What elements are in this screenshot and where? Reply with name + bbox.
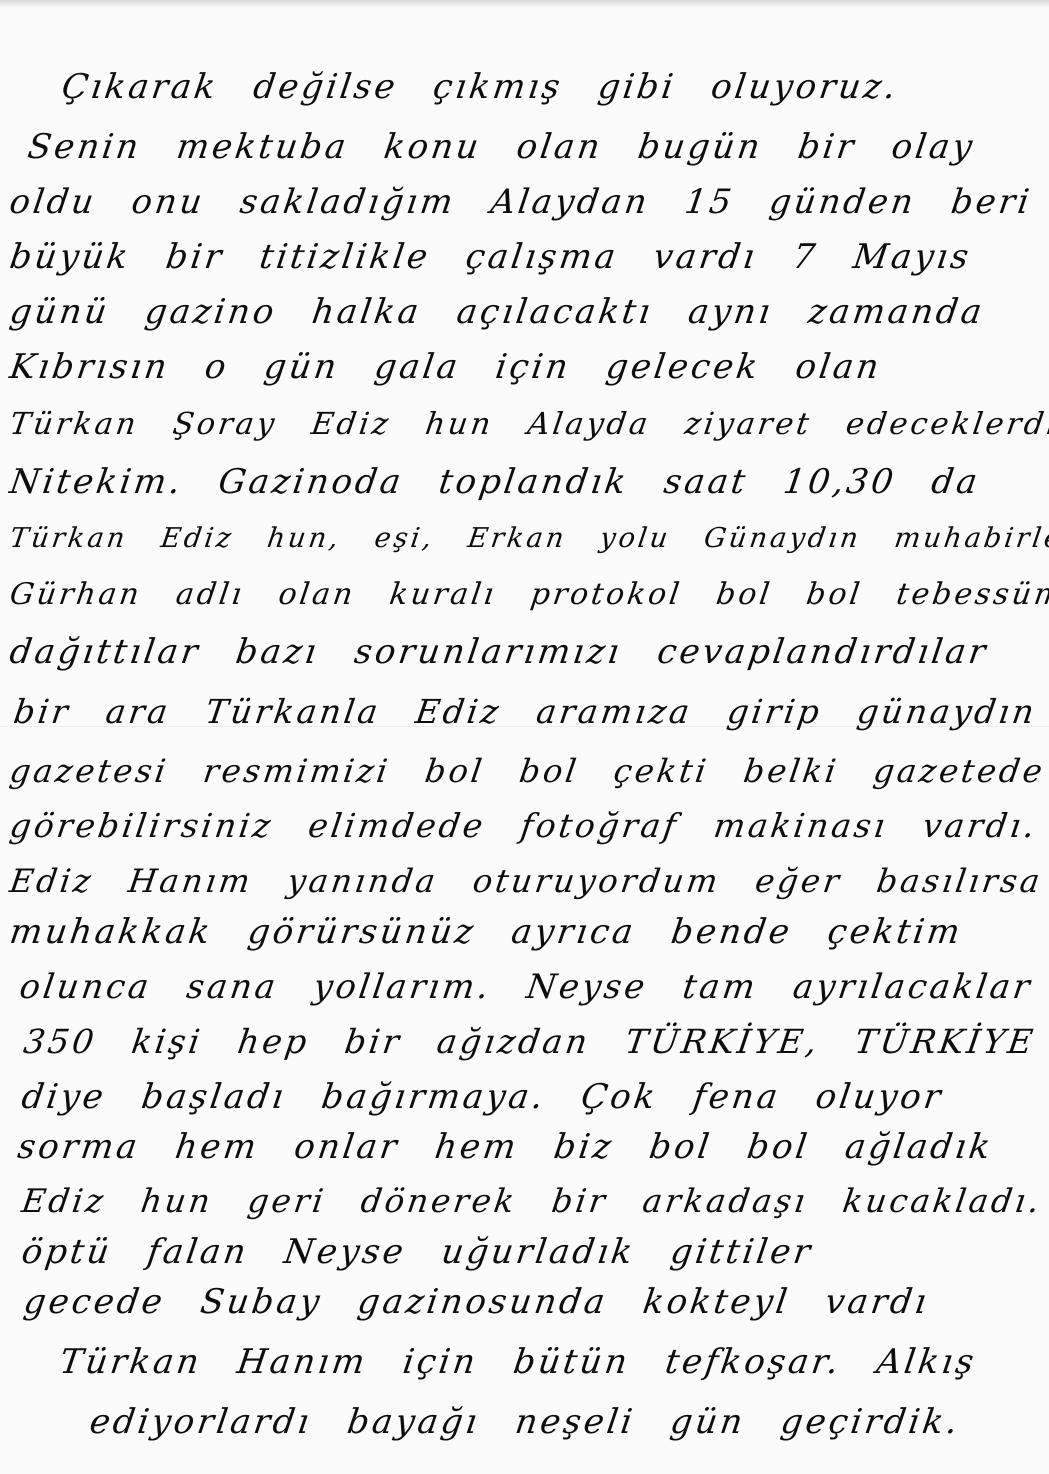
letter-line: görebilirsiniz elimdede fotoğraf makinas… xyxy=(8,810,1040,843)
letter-line: Çıkarak değilse çıkmış gibi oluyoruz. xyxy=(60,70,901,104)
letter-line: Kıbrısın o gün gala için gelecek olan xyxy=(8,350,884,384)
letter-line: Ediz Hanım yanında oturuyordum eğer bası… xyxy=(8,865,1045,897)
letter-line: ediyorlardı bayağı neşeli gün geçirdik. xyxy=(88,1405,963,1439)
letter-line: Ediz hun geri dönerek bir arkadaşı kucak… xyxy=(20,1185,1044,1217)
letter-line: gazetesi resmimizi bol bol çekti belki g… xyxy=(8,755,1047,787)
letter-line: bir ara Türkanla Ediz aramıza girip güna… xyxy=(12,695,1039,728)
letter-line: olunca sana yollarım. Neyse tam ayrılaca… xyxy=(18,970,1035,1004)
letter-line: günü gazino halka açılacaktı aynı zamand… xyxy=(8,295,987,329)
letter-line: Türkan Hanım için bütün tefkoşar. Alkış xyxy=(58,1345,979,1379)
letter-line: muhakkak görürsünüz ayrıca bende çektim xyxy=(8,915,965,949)
letter-line: 350 kişi hep bir ağızdan TÜRKİYE, TÜRKİY… xyxy=(22,1025,1038,1058)
letter-line: Türkan Şoray Ediz hun Alayda ziyaret ede… xyxy=(8,410,1049,440)
letter-line: sorma hem onlar hem biz bol bol ağladık xyxy=(16,1130,996,1164)
letter-line: öptü falan Neyse uğurladık gittiler xyxy=(20,1235,816,1269)
letter-line: Gürhan adlı olan kuralı protokol bol bol… xyxy=(8,580,1049,610)
letter-line: oldu onu sakladığım Alaydan 15 günden be… xyxy=(8,185,1034,219)
letter-line: dağıttılar bazı sorunlarımızı cevaplandı… xyxy=(8,635,991,669)
letter-line: Senin mektuba konu olan bugün bir olay xyxy=(26,130,978,164)
letter-line: Nitekim. Gazinoda toplandık saat 10,30 d… xyxy=(8,465,983,499)
letter-line: Türkan Ediz hun, eşi, Erkan yolu Günaydı… xyxy=(8,525,1049,552)
letter-line: gecede Subay gazinosunda kokteyl vardı xyxy=(22,1285,932,1319)
letter-line: diye başladı bağırmaya. Çok fena oluyor xyxy=(20,1080,946,1114)
letter-line: büyük bir titizlikle çalışma vardı 7 May… xyxy=(8,240,974,274)
handwritten-letter-page: Çıkarak değilse çıkmış gibi oluyoruz. Se… xyxy=(0,0,1049,1474)
